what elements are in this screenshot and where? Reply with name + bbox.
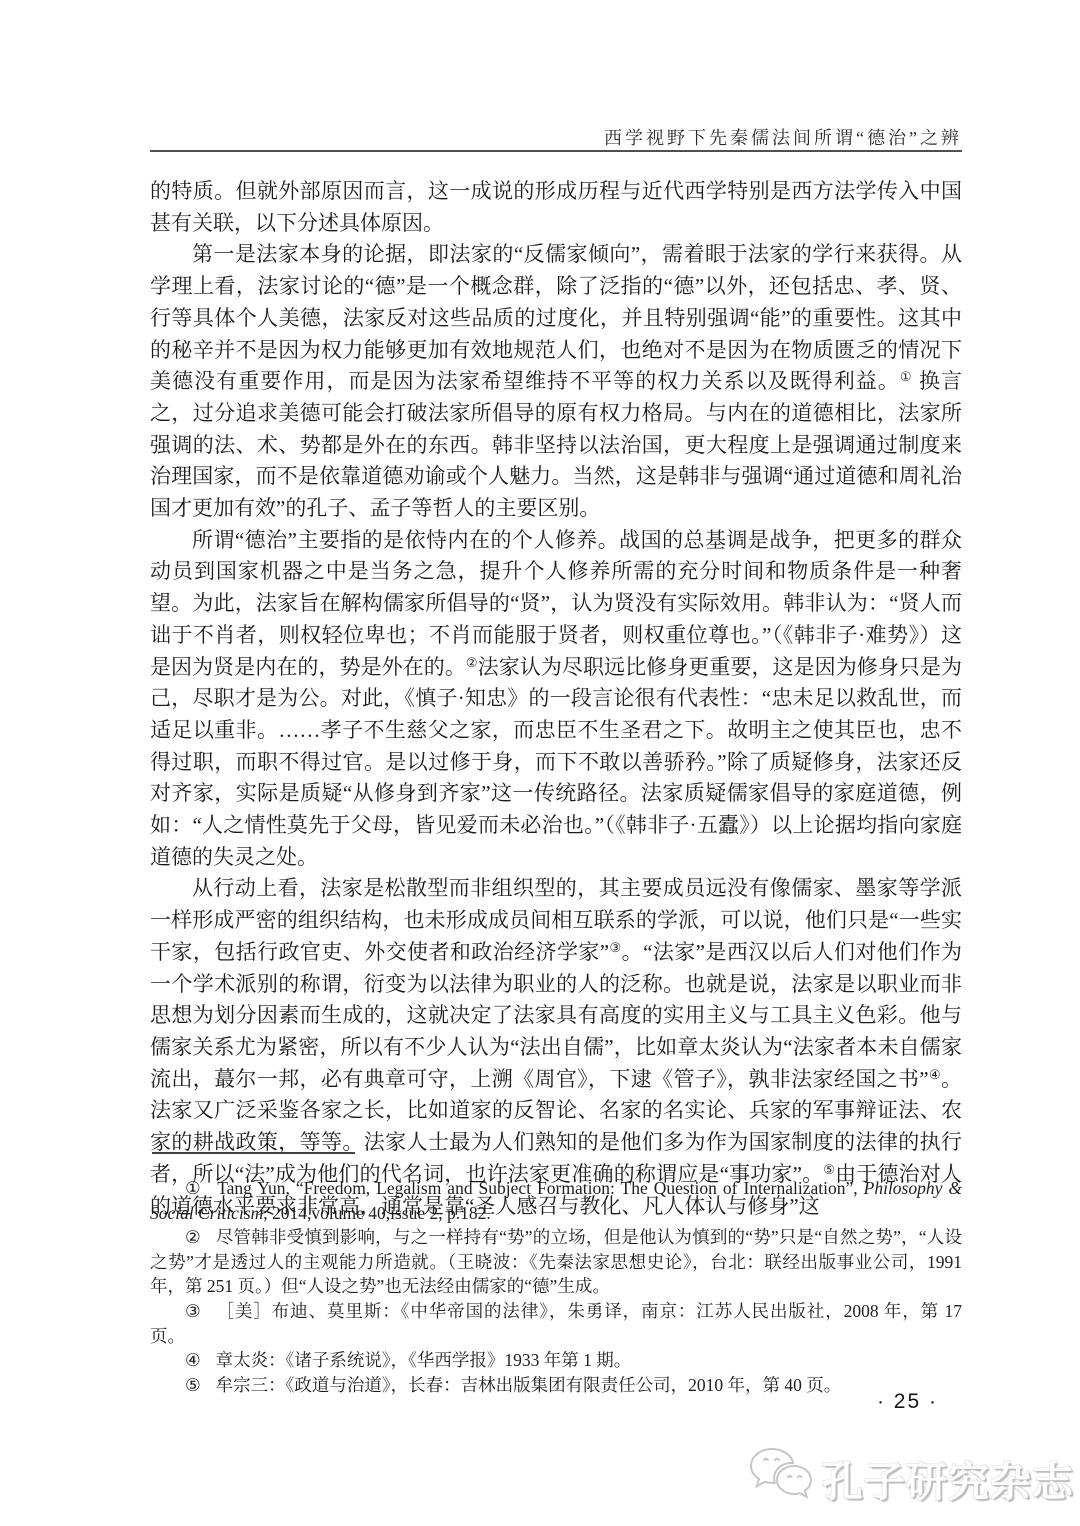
- text-run: 牟宗三：《政道与治道》，长春：吉林出版集团有限责任公司，2010 年，第 40 …: [216, 1375, 842, 1395]
- text-run: Tang Yun, “Freedom, Legalism and Subject…: [217, 1178, 863, 1198]
- watermark-text: 孔子研究杂志: [822, 1449, 1074, 1508]
- body-paragraph: 所谓“德治”主要指的是依恃内在的个人修养。战国的总基调是战争，把更多的群众动员到…: [150, 525, 962, 874]
- header-rule: [150, 150, 962, 152]
- footnote: ②尽管韩非受慎到影响，与之一样持有“势”的立场，但是他认为慎到的“势”只是“自然…: [150, 1225, 962, 1299]
- article-body: 的特质。但就外部原因而言，这一成说的形成历程与近代西学特别是西方法学传入中国甚有…: [150, 176, 962, 1222]
- footnote-ref: ②: [466, 654, 478, 669]
- footnote-marker: ①: [185, 1178, 202, 1198]
- footnote-divider: [152, 1152, 355, 1154]
- footnote: ⑤牟宗三：《政道与治道》，长春：吉林出版集团有限责任公司，2010 年，第 40…: [150, 1373, 962, 1398]
- body-paragraph: 第一是法家本身的论据，即法家的“反儒家倾向”，需着眼于法家的学行来获得。从学理上…: [150, 239, 962, 524]
- footnote: ③［美］布迪、莫里斯：《中华帝国的法律》，朱勇译，南京：江苏人民出版社，2008…: [150, 1299, 962, 1348]
- footnote-ref: ⑤: [823, 1162, 835, 1177]
- text-run: ［美］布迪、莫里斯：《中华帝国的法律》，朱勇译，南京：江苏人民出版社，2008 …: [150, 1301, 962, 1346]
- page-number: · 25 ·: [877, 1390, 938, 1414]
- text-run: 第一是法家本身的论据，即法家的“反儒家倾向”，需着眼于法家的学行来获得。从学理上…: [150, 242, 962, 393]
- footnote-marker: ②: [185, 1227, 201, 1247]
- text-run: , 2014,volume 40,issue 2, p.182.: [263, 1203, 491, 1223]
- footnote: ④章太炎：《诸子系统说》，《华西学报》1933 年第 1 期。: [150, 1348, 962, 1373]
- footnote: ①Tang Yun, “Freedom, Legalism and Subjec…: [150, 1176, 962, 1225]
- text-run: 章太炎：《诸子系统说》，《华西学报》1933 年第 1 期。: [216, 1350, 632, 1370]
- footnote-ref: ③: [609, 940, 622, 955]
- footnote-ref: ④: [929, 1067, 941, 1082]
- footnote-ref: ①: [900, 369, 913, 384]
- footnote-marker: ⑤: [185, 1375, 201, 1395]
- running-header: 西学视野下先秦儒法间所谓“德治”之辨: [604, 124, 962, 150]
- watermark: 孔子研究杂志: [748, 1446, 1074, 1511]
- body-paragraph: 的特质。但就外部原因而言，这一成说的形成历程与近代西学特别是西方法学传入中国甚有…: [150, 176, 962, 239]
- footnote-marker: ③: [185, 1301, 202, 1321]
- footnote-list: ①Tang Yun, “Freedom, Legalism and Subjec…: [150, 1176, 962, 1397]
- text-run: 法家认为尽职远比修身更重要，这是因为修身只是为己，尽职才是为公。对此，《慎子·知…: [150, 655, 962, 869]
- footnote-marker: ④: [185, 1350, 201, 1370]
- text-run: 尽管韩非受慎到影响，与之一样持有“势”的立场，但是他认为慎到的“势”只是“自然之…: [150, 1227, 962, 1296]
- document-page: 西学视野下先秦儒法间所谓“德治”之辨 的特质。但就外部原因而言，这一成说的形成历…: [0, 0, 1080, 1526]
- wechat-logo-icon: [748, 1446, 814, 1511]
- body-paragraph: 从行动上看，法家是松散型而非组织型的，其主要成员远没有像儒家、墨家等学派一样形成…: [150, 873, 962, 1222]
- text-run: 的特质。但就外部原因而言，这一成说的形成历程与近代西学特别是西方法学传入中国甚有…: [150, 179, 962, 235]
